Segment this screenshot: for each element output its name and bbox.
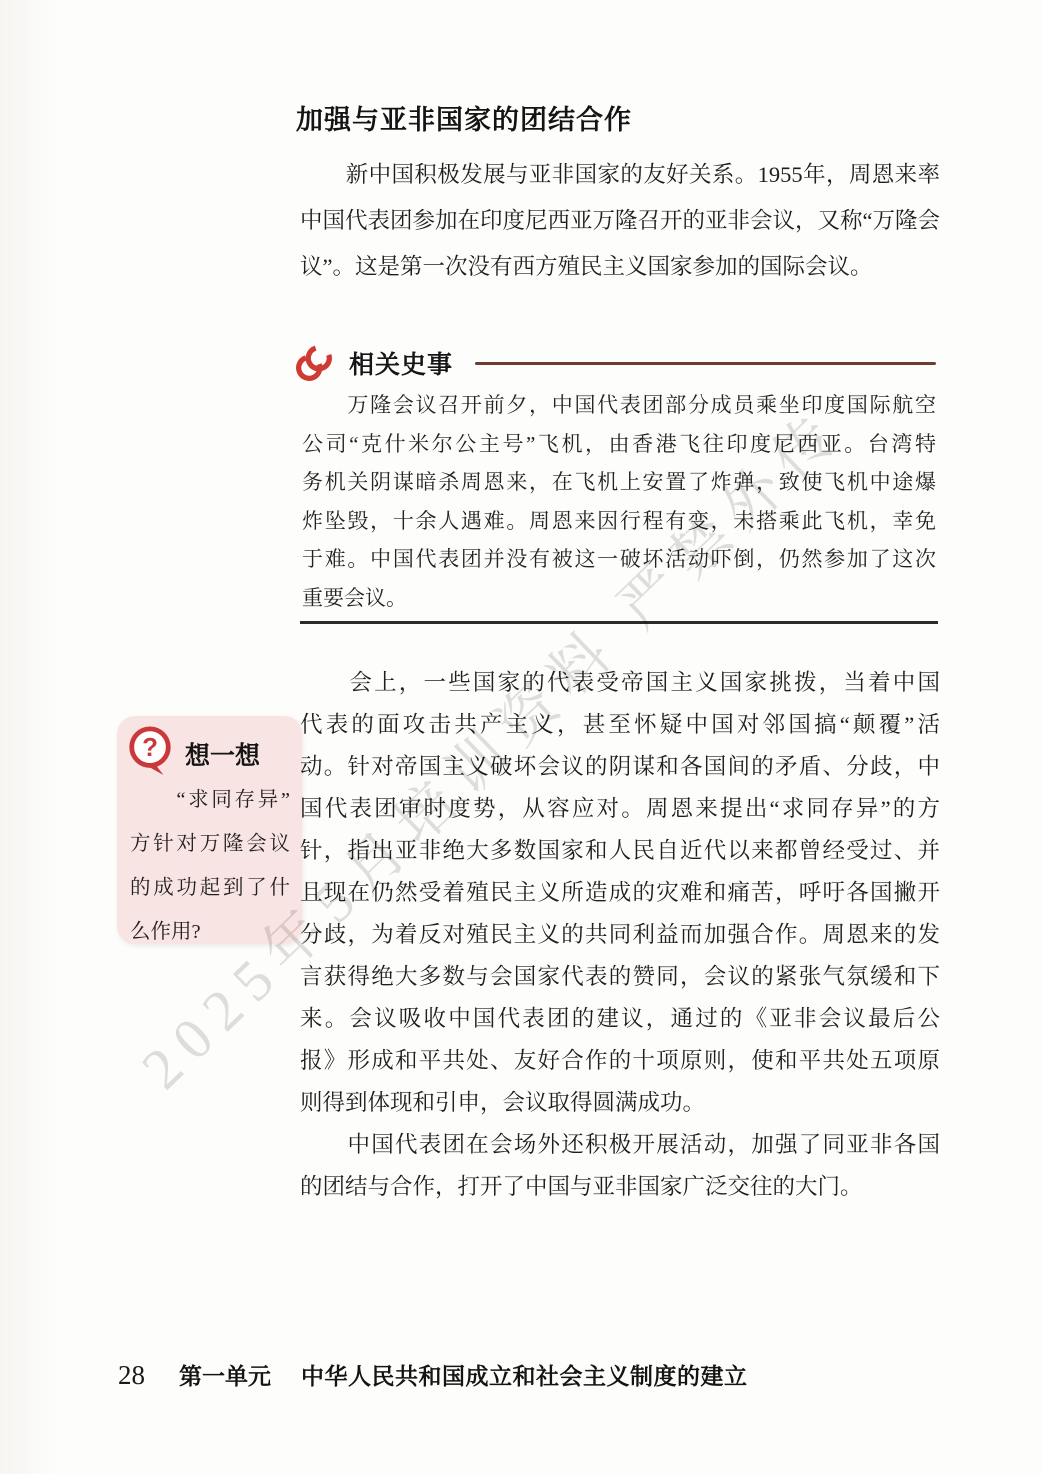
think-box-title: 想一想 [185, 736, 260, 772]
text-line: 方针对万隆会议 [130, 822, 290, 866]
interlocked-rings-icon [291, 340, 337, 386]
text-line: 来。会议吸收中国代表团的建议，通过的《亚非会议最后公 [300, 998, 940, 1040]
text-line: 动。针对帝国主义破坏会议的阴谋和各国间的矛盾、分歧，中 [300, 746, 940, 788]
related-history-text: 万隆会议召开前夕，中国代表团部分成员乘坐印度国际航空公司“克什米尔公主号”飞机，… [302, 386, 936, 617]
text-line: 重要会议。 [302, 579, 936, 618]
text-line: 且现在仍然受着殖民主义所造成的灾难和痛苦，呼吁各国撇开 [300, 872, 940, 914]
text-line: 言获得绝大多数与会国家代表的赞同，会议的紧张气氛缓和下 [300, 956, 940, 998]
header-rule [475, 362, 936, 365]
text-line: 国代表团审时度势，从容应对。周恩来提出“求同存异”的方 [300, 788, 940, 830]
text-line: 么作用? [130, 910, 290, 954]
text-line: 中国代表团参加在印度尼西亚万隆召开的亚非会议，又称“万隆会 [300, 198, 940, 244]
body-paragraph-2: 中国代表团在会场外还积极开展活动，加强了同亚非各国的团结与合作，打开了中国与亚非… [300, 1124, 940, 1208]
section-heading: 加强与亚非国家的团结合作 [296, 98, 632, 137]
text-line: “求同存异” [130, 778, 290, 822]
text-line: 针，指出亚非绝大多数国家和人民自近代以来都曾经受过、并 [300, 830, 940, 872]
intro-paragraph: 新中国积极发展与亚非国家的友好关系。1955年，周恩来率中国代表团参加在印度尼西… [300, 152, 940, 290]
related-history-title: 相关史事 [349, 345, 453, 381]
body-paragraph-1: 会上，一些国家的代表受帝国主义国家挑拨，当着中国代表的面攻击共产主义，甚至怀疑中… [300, 662, 940, 1124]
text-line: 务机关阴谋暗杀周恩来，在飞机上安置了炸弹，致使飞机中途爆 [302, 463, 936, 502]
think-box-text: “求同存异”方针对万隆会议的成功起到了什么作用? [130, 778, 290, 954]
text-line: 中国代表团在会场外还积极开展活动，加强了同亚非各国 [300, 1124, 940, 1166]
textbook-page: 2025年5月培训资料 严禁外传 加强与亚非国家的团结合作 新中国积极发展与亚非… [0, 0, 1043, 1474]
section-divider [300, 621, 938, 624]
page-footer: 28 第一单元 中华人民共和国成立和社会主义制度的建立 [118, 1358, 748, 1391]
text-line: 万隆会议召开前夕，中国代表团部分成员乘坐印度国际航空 [302, 386, 936, 425]
text-line: 分歧，为着反对殖民主义的共同利益而加强合作。周恩来的发 [300, 914, 940, 956]
text-line: 炸坠毁，十余人遇难。周恩来因行程有变，未搭乘此飞机，幸免 [302, 502, 936, 541]
text-line: 代表的面攻击共产主义，甚至怀疑中国对邻国搞“颠覆”活 [300, 704, 940, 746]
unit-title: 中华人民共和国成立和社会主义制度的建立 [301, 1358, 748, 1391]
text-line: 新中国积极发展与亚非国家的友好关系。1955年，周恩来率 [300, 152, 940, 198]
text-line: 议”。这是第一次没有西方殖民主义国家参加的国际会议。 [300, 244, 940, 290]
text-line: 公司“克什米尔公主号”飞机，由香港飞往印度尼西亚。台湾特 [302, 425, 936, 464]
think-box: ? 想一想 “求同存异”方针对万隆会议的成功起到了什么作用? [117, 716, 302, 944]
text-line: 报》形成和平共处、友好合作的十项原则，使和平共处五项原 [300, 1040, 940, 1082]
related-history-header: 相关史事 [291, 340, 940, 386]
page-number: 28 [118, 1360, 145, 1391]
text-line: 则得到体现和引申，会议取得圆满成功。 [300, 1082, 940, 1124]
svg-text:?: ? [142, 732, 158, 762]
question-bubble-icon: ? [125, 724, 175, 778]
text-line: 的成功起到了什 [130, 866, 290, 910]
unit-label: 第一单元 [179, 1358, 271, 1391]
text-line: 于难。中国代表团并没有被这一破坏活动吓倒，仍然参加了这次 [302, 540, 936, 579]
text-line: 的团结与合作，打开了中国与亚非国家广泛交往的大门。 [300, 1166, 940, 1208]
text-line: 会上，一些国家的代表受帝国主义国家挑拨，当着中国 [300, 662, 940, 704]
